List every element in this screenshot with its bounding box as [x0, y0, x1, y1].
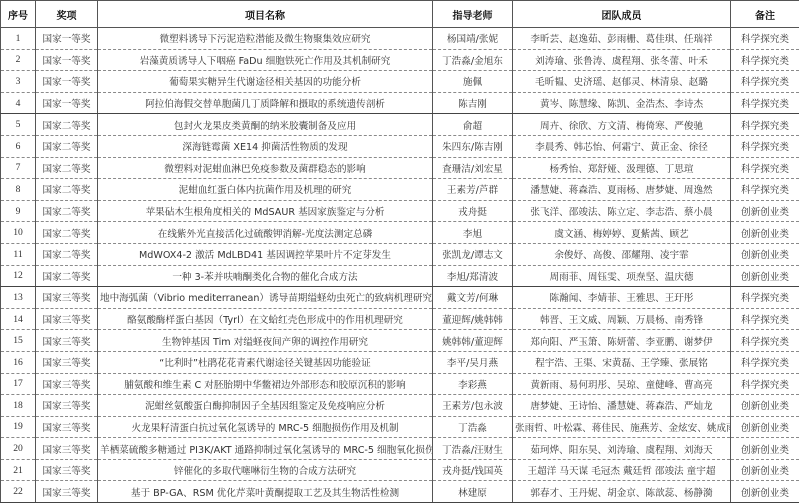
cell-award: 国家三等奖 [36, 373, 98, 395]
cell-advisor: 朱四东/陈吉刚 [433, 135, 513, 157]
cell-team: 茹珂烨、阳东昊、刘涛瑜、虞程翔、刘海天 [513, 438, 731, 460]
cell-team: 李晨秀、韩芯怡、何霜宁、黄正金、徐径 [513, 135, 731, 157]
header-no: 序号 [1, 1, 36, 28]
cell-advisor: 陈吉刚 [433, 92, 513, 114]
table-row: 5国家二等奖包封火龙果皮类黄酮的纳米胶囊制备及应用俞超周卉、徐欣、方文清、梅倚寒… [1, 114, 799, 136]
cell-no: 6 [1, 135, 36, 157]
awards-table: 序号 奖项 项目名称 指导老师 团队成员 备注 1国家一等奖微塑料诱导下污泥造粒… [0, 0, 799, 503]
table-body: 1国家一等奖微塑料诱导下污泥造粒潜能及微生物聚集效应研究杨国靖/张妮李昕芸、赵逸… [1, 28, 799, 503]
cell-award: 国家一等奖 [36, 92, 98, 114]
cell-advisor: 李平/吴月燕 [433, 351, 513, 373]
cell-project: 在线紫外光直接活化过硫酸钾消解-光度法测定总磷 [98, 222, 433, 244]
cell-no: 17 [1, 373, 36, 395]
table-row: 4国家一等奖阿拉伯海假交替单胞菌几丁质降解和摄取的系统遗传剖析陈吉刚黄岑、陈慧缘… [1, 92, 799, 114]
table-row: 7国家二等奖微塑料对泥蚶血淋巴免疫参数及菌群稳态的影响査珊洁/刘宏星杨秀怡、郑舒… [1, 157, 799, 179]
cell-team: 王超洋 马天谋 毛冠杰 戴廷哲 邵竣法 童宇超 [513, 459, 731, 481]
cell-project: 火龙果籽清蛋白抗过氧化氢诱导的 MRC-5 细胞损伤作用及机制 [98, 416, 433, 438]
cell-team: 周卉、徐欣、方文清、梅倚寒、严俊驰 [513, 114, 731, 136]
cell-project: 生物钟基因 Tim 对缢蛏夜间产卵的调控作用研究 [98, 330, 433, 352]
cell-team: 韩晋、王文威、周颖、万晨杨、南秀锋 [513, 308, 731, 330]
cell-advisor: 丁浩淼/金旭东 [433, 49, 513, 71]
cell-no: 13 [1, 287, 36, 309]
cell-team: 潘慧婕、蒋森浩、夏雨杨、唐梦婕、周逸然 [513, 179, 731, 201]
cell-advisor: 李旭/郑清波 [433, 265, 513, 287]
cell-advisor: 董迎辉/姚韩韩 [433, 308, 513, 330]
cell-note: 创新创业类 [731, 243, 799, 265]
table-row: 2国家一等奖岩藻黄质诱导人下咽癌 FaDu 细胞铁死亡作用及其机制研究丁浩淼/金… [1, 49, 799, 71]
cell-award: 国家三等奖 [36, 351, 98, 373]
cell-advisor: 李彩燕 [433, 373, 513, 395]
cell-project: 基于 BP-GA、RSM 优化芹菜叶黄酮提取工艺及其生物活性检测 [98, 481, 433, 503]
table-row: 1国家一等奖微塑料诱导下污泥造粒潜能及微生物聚集效应研究杨国靖/张妮李昕芸、赵逸… [1, 28, 799, 50]
table-row: 18国家三等奖泥蚶丝氨酸蛋白酶抑制因子全基因组鉴定及免疫响应分析王素芳/包永波唐… [1, 395, 799, 417]
cell-no: 15 [1, 330, 36, 352]
cell-team: 刘涛瑜、张鲁涛、虞程翔、张冬蕾、叶禾 [513, 49, 731, 71]
cell-project: MdWOX4-2 激活 MdLBD41 基因调控苹果叶片不定芽发生 [98, 243, 433, 265]
cell-team: 黄岑、陈慧缘、陈凯、金浩杰、李诗杰 [513, 92, 731, 114]
cell-note: 创新创业类 [731, 416, 799, 438]
cell-project: 苹果砧木生根角度相关的 MdSAUR 基因家族鉴定与分析 [98, 200, 433, 222]
cell-advisor: 戎舟挺/钱国英 [433, 459, 513, 481]
cell-award: 国家一等奖 [36, 71, 98, 93]
cell-note: 科学探究类 [731, 92, 799, 114]
cell-no: 3 [1, 71, 36, 93]
table-row: 16国家三等奖“比利时”杜鹃花花青素代谢途径关键基因功能验证李平/吴月燕程宇浩、… [1, 351, 799, 373]
cell-award: 国家二等奖 [36, 243, 98, 265]
table-row: 15国家三等奖生物钟基因 Tim 对缢蛏夜间产卵的调控作用研究姚韩韩/董迎辉郑向… [1, 330, 799, 352]
cell-team: 周雨菲、周钰雯、项焘坚、温庆德 [513, 265, 731, 287]
table-row: 14国家三等奖酪氨酸酶样蛋白基因（Tyrl）在文蛤红壳色形成中的作用机理研究董迎… [1, 308, 799, 330]
header-note: 备注 [731, 1, 799, 28]
cell-no: 22 [1, 481, 36, 503]
cell-team: 杨秀怡、郑舒娅、汲理德、丁思瑄 [513, 157, 731, 179]
cell-project: 脯氨酸和维生素 C 对胚胎期中华鳖裙边外部形态和胶原沉积的影响 [98, 373, 433, 395]
cell-note: 科学探究类 [731, 157, 799, 179]
cell-no: 9 [1, 200, 36, 222]
table-row: 9国家二等奖苹果砧木生根角度相关的 MdSAUR 基因家族鉴定与分析戎舟挺张飞洋… [1, 200, 799, 222]
cell-project: 深海链霉菌 XE14 抑菌活性物质的发现 [98, 135, 433, 157]
cell-team: 唐梦婕、王诗怡、潘慧婕、蒋森浩、严灿龙 [513, 395, 731, 417]
table-row: 17国家三等奖脯氨酸和维生素 C 对胚胎期中华鳖裙边外部形态和胶原沉积的影响李彩… [1, 373, 799, 395]
cell-no: 14 [1, 308, 36, 330]
cell-team: 张雨哲、叶松霖、蒋佳民、施燕芳、金炫安、姚成雨 [513, 416, 731, 438]
cell-no: 10 [1, 222, 36, 244]
header-advisor: 指导老师 [433, 1, 513, 28]
cell-award: 国家二等奖 [36, 114, 98, 136]
cell-project: “比利时”杜鹃花花青素代谢途径关键基因功能验证 [98, 351, 433, 373]
cell-advisor: 戴文芳/何琳 [433, 287, 513, 309]
cell-award: 国家三等奖 [36, 287, 98, 309]
cell-no: 4 [1, 92, 36, 114]
cell-award: 国家三等奖 [36, 395, 98, 417]
cell-project: 包封火龙果皮类黄酮的纳米胶囊制备及应用 [98, 114, 433, 136]
cell-no: 20 [1, 438, 36, 460]
cell-project: 阿拉伯海假交替单胞菌几丁质降解和摄取的系统遗传剖析 [98, 92, 433, 114]
cell-award: 国家三等奖 [36, 308, 98, 330]
cell-advisor: 丁浩淼/汪财生 [433, 438, 513, 460]
cell-team: 郑向阳、严玉箫、陈妍蕾、李亚鹏、谢梦伊 [513, 330, 731, 352]
cell-project: 微塑料对泥蚶血淋巴免疫参数及菌群稳态的影响 [98, 157, 433, 179]
cell-note: 创新创业类 [731, 438, 799, 460]
header-award: 奖项 [36, 1, 98, 28]
cell-note: 科学探究类 [731, 287, 799, 309]
cell-no: 11 [1, 243, 36, 265]
cell-note: 科学探究类 [731, 308, 799, 330]
cell-note: 创新创业类 [731, 200, 799, 222]
cell-note: 科学探究类 [731, 28, 799, 50]
cell-award: 国家二等奖 [36, 157, 98, 179]
cell-no: 19 [1, 416, 36, 438]
cell-advisor: 王素芳/芦群 [433, 179, 513, 201]
cell-note: 科学探究类 [731, 179, 799, 201]
cell-project: 锌催化的多取代噻啉衍生物的合成方法研究 [98, 459, 433, 481]
table-row: 22国家三等奖基于 BP-GA、RSM 优化芹菜叶黄酮提取工艺及其生物活性检测林… [1, 481, 799, 503]
cell-team: 陈瀚闻、李婧菲、王雅思、王玗彤 [513, 287, 731, 309]
cell-award: 国家三等奖 [36, 438, 98, 460]
cell-project: 地中海弧菌（Vibrio mediterranean）诱导苗期缢蛏幼虫死亡的致病… [98, 287, 433, 309]
cell-advisor: 王素芳/包永波 [433, 395, 513, 417]
cell-advisor: 张凯龙/谭志文 [433, 243, 513, 265]
cell-no: 8 [1, 179, 36, 201]
cell-no: 5 [1, 114, 36, 136]
cell-award: 国家二等奖 [36, 265, 98, 287]
cell-note: 科学探究类 [731, 71, 799, 93]
cell-award: 国家二等奖 [36, 222, 98, 244]
cell-note: 科学探究类 [731, 373, 799, 395]
cell-team: 郭春才、王丹妮、胡金京、陈歆蕊、杨静漪 [513, 481, 731, 503]
cell-note: 科学探究类 [731, 49, 799, 71]
cell-team: 黄新雨、易何玥彤、吴琼、童健峰、曹高亮 [513, 373, 731, 395]
table-row: 10国家二等奖在线紫外光直接活化过硫酸钾消解-光度法测定总磷李旭虞文涵、梅婷婷、… [1, 222, 799, 244]
cell-project: 羊栖菜硫酸多糖通过 PI3K/AKT 通路抑制过氧化氢诱导的 MRC-5 细胞氧… [98, 438, 433, 460]
table-row: 21国家三等奖锌催化的多取代噻啉衍生物的合成方法研究戎舟挺/钱国英王超洋 马天谋… [1, 459, 799, 481]
cell-no: 12 [1, 265, 36, 287]
cell-advisor: 査珊洁/刘宏星 [433, 157, 513, 179]
cell-note: 创新创业类 [731, 459, 799, 481]
cell-no: 7 [1, 157, 36, 179]
cell-note: 创新创业类 [731, 481, 799, 503]
cell-award: 国家三等奖 [36, 416, 98, 438]
cell-advisor: 施佩 [433, 71, 513, 93]
cell-project: 一种 3-苯并呋喃酮类化合物的催化合成方法 [98, 265, 433, 287]
table-row: 6国家二等奖深海链霉菌 XE14 抑菌活性物质的发现朱四东/陈吉刚李晨秀、韩芯怡… [1, 135, 799, 157]
cell-advisor: 丁浩淼 [433, 416, 513, 438]
cell-award: 国家二等奖 [36, 135, 98, 157]
table-row: 12国家二等奖一种 3-苯并呋喃酮类化合物的催化合成方法李旭/郑清波周雨菲、周钰… [1, 265, 799, 287]
cell-no: 1 [1, 28, 36, 50]
cell-team: 张飞洋、邵竣法、陈立定、李志浩、蔡小晨 [513, 200, 731, 222]
cell-note: 科学探究类 [731, 351, 799, 373]
table-row: 19国家三等奖火龙果籽清蛋白抗过氧化氢诱导的 MRC-5 细胞损伤作用及机制丁浩… [1, 416, 799, 438]
table-row: 11国家二等奖MdWOX4-2 激活 MdLBD41 基因调控苹果叶片不定芽发生… [1, 243, 799, 265]
cell-project: 泥蚶血红蛋白体内抗菌作用及机理的研究 [98, 179, 433, 201]
cell-note: 科学探究类 [731, 114, 799, 136]
cell-award: 国家一等奖 [36, 28, 98, 50]
cell-advisor: 李旭 [433, 222, 513, 244]
cell-no: 16 [1, 351, 36, 373]
cell-advisor: 姚韩韩/董迎辉 [433, 330, 513, 352]
cell-award: 国家二等奖 [36, 179, 98, 201]
cell-project: 岩藻黄质诱导人下咽癌 FaDu 细胞铁死亡作用及其机制研究 [98, 49, 433, 71]
cell-team: 李昕芸、赵逸茹、彭雨栅、葛佳琪、任瑞祥 [513, 28, 731, 50]
cell-award: 国家一等奖 [36, 49, 98, 71]
cell-no: 21 [1, 459, 36, 481]
cell-award: 国家三等奖 [36, 330, 98, 352]
table-row: 20国家三等奖羊栖菜硫酸多糖通过 PI3K/AKT 通路抑制过氧化氢诱导的 MR… [1, 438, 799, 460]
cell-team: 程宇浩、王渠、宋黄磊、王学臻、张展铭 [513, 351, 731, 373]
header-row: 序号 奖项 项目名称 指导老师 团队成员 备注 [1, 1, 799, 28]
cell-advisor: 杨国靖/张妮 [433, 28, 513, 50]
cell-team: 虞文涵、梅婷婷、夏紫茜、顾艺 [513, 222, 731, 244]
cell-award: 国家三等奖 [36, 459, 98, 481]
cell-advisor: 戎舟挺 [433, 200, 513, 222]
cell-note: 创新创业类 [731, 395, 799, 417]
table-row: 3国家一等奖葡萄果实糖异生代谢途径相关基因的功能分析施佩毛昕韫、史济瑶、赵郁灵、… [1, 71, 799, 93]
table-row: 8国家二等奖泥蚶血红蛋白体内抗菌作用及机理的研究王素芳/芦群潘慧婕、蒋森浩、夏雨… [1, 179, 799, 201]
cell-project: 泥蚶丝氨酸蛋白酶抑制因子全基因组鉴定及免疫响应分析 [98, 395, 433, 417]
table-row: 13国家三等奖地中海弧菌（Vibrio mediterranean）诱导苗期缢蛏… [1, 287, 799, 309]
header-project: 项目名称 [98, 1, 433, 28]
cell-team: 余俊妤、高俊、邵耀翔、凌宇霏 [513, 243, 731, 265]
cell-project: 微塑料诱导下污泥造粒潜能及微生物聚集效应研究 [98, 28, 433, 50]
cell-advisor: 林建原 [433, 481, 513, 503]
header-team: 团队成员 [513, 1, 731, 28]
cell-project: 葡萄果实糖异生代谢途径相关基因的功能分析 [98, 71, 433, 93]
cell-team: 毛昕韫、史济瑶、赵郁灵、林清泉、赵璐 [513, 71, 731, 93]
cell-award: 国家二等奖 [36, 200, 98, 222]
cell-award: 国家三等奖 [36, 481, 98, 503]
cell-project: 酪氨酸酶样蛋白基因（Tyrl）在文蛤红壳色形成中的作用机理研究 [98, 308, 433, 330]
cell-note: 创新创业类 [731, 265, 799, 287]
cell-note: 科学探究类 [731, 135, 799, 157]
cell-note: 科学探究类 [731, 330, 799, 352]
cell-no: 2 [1, 49, 36, 71]
cell-advisor: 俞超 [433, 114, 513, 136]
cell-no: 18 [1, 395, 36, 417]
cell-note: 创新创业类 [731, 222, 799, 244]
